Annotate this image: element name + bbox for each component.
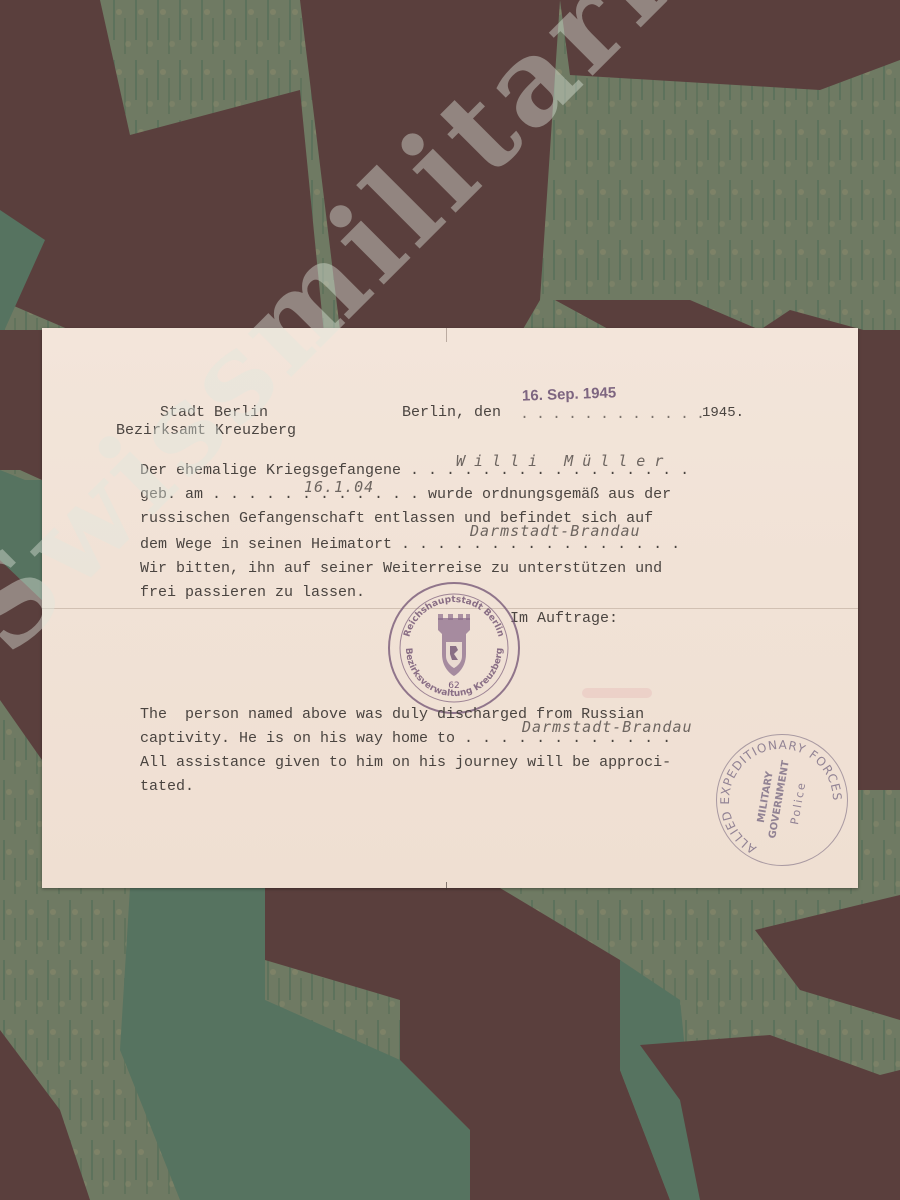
place-date-label: Berlin, den: [402, 404, 501, 422]
signature-label: Im Auftrage:: [510, 610, 618, 628]
stamp-center-line-2: GOVERNMENT: [767, 760, 792, 840]
english-line-2: captivity. He is on his way home to . . …: [140, 730, 671, 748]
german-line-2: geb. am . . . . . . . . . . . . wurde or…: [140, 486, 671, 504]
printed-year: 1945.: [702, 404, 744, 422]
stamp-number: 62: [448, 681, 459, 691]
german-line-4: dem Wege in seinen Heimatort . . . . . .…: [140, 536, 680, 554]
german-line-6: frei passieren zu lassen.: [140, 584, 365, 602]
fold-line-vertical-top: [446, 328, 447, 342]
berlin-bear-crest-icon: [438, 614, 470, 676]
german-line-1: Der ehemalige Kriegsgefangene . . . . . …: [140, 462, 689, 480]
ink-smudge: [582, 688, 652, 698]
english-line-3: All assistance given to him on his journ…: [140, 754, 671, 772]
discharge-certificate: Stadt Berlin Bezirksamt Kreuzberg Berlin…: [42, 328, 858, 888]
german-line-5: Wir bitten, ihn auf seiner Weiterreise z…: [140, 560, 662, 578]
date-dots: . . . . . . . . . . . .: [520, 406, 704, 424]
date-stamp: 16. Sep. 1945: [522, 384, 617, 404]
english-line-4: tated.: [140, 778, 194, 796]
military-government-police-stamp: ALLIED EXPEDITIONARY FORCES MILITARY GOV…: [716, 734, 848, 866]
issuer-office: Bezirksamt Kreuzberg: [116, 422, 296, 440]
stamp-center-line-3: Police: [788, 780, 808, 825]
issuer-city: Stadt Berlin: [160, 404, 268, 422]
fold-line-vertical-bottom: [446, 882, 447, 890]
kreuzberg-stamp: Reichshauptstadt Berlin Bezirksverwaltun…: [388, 582, 520, 714]
